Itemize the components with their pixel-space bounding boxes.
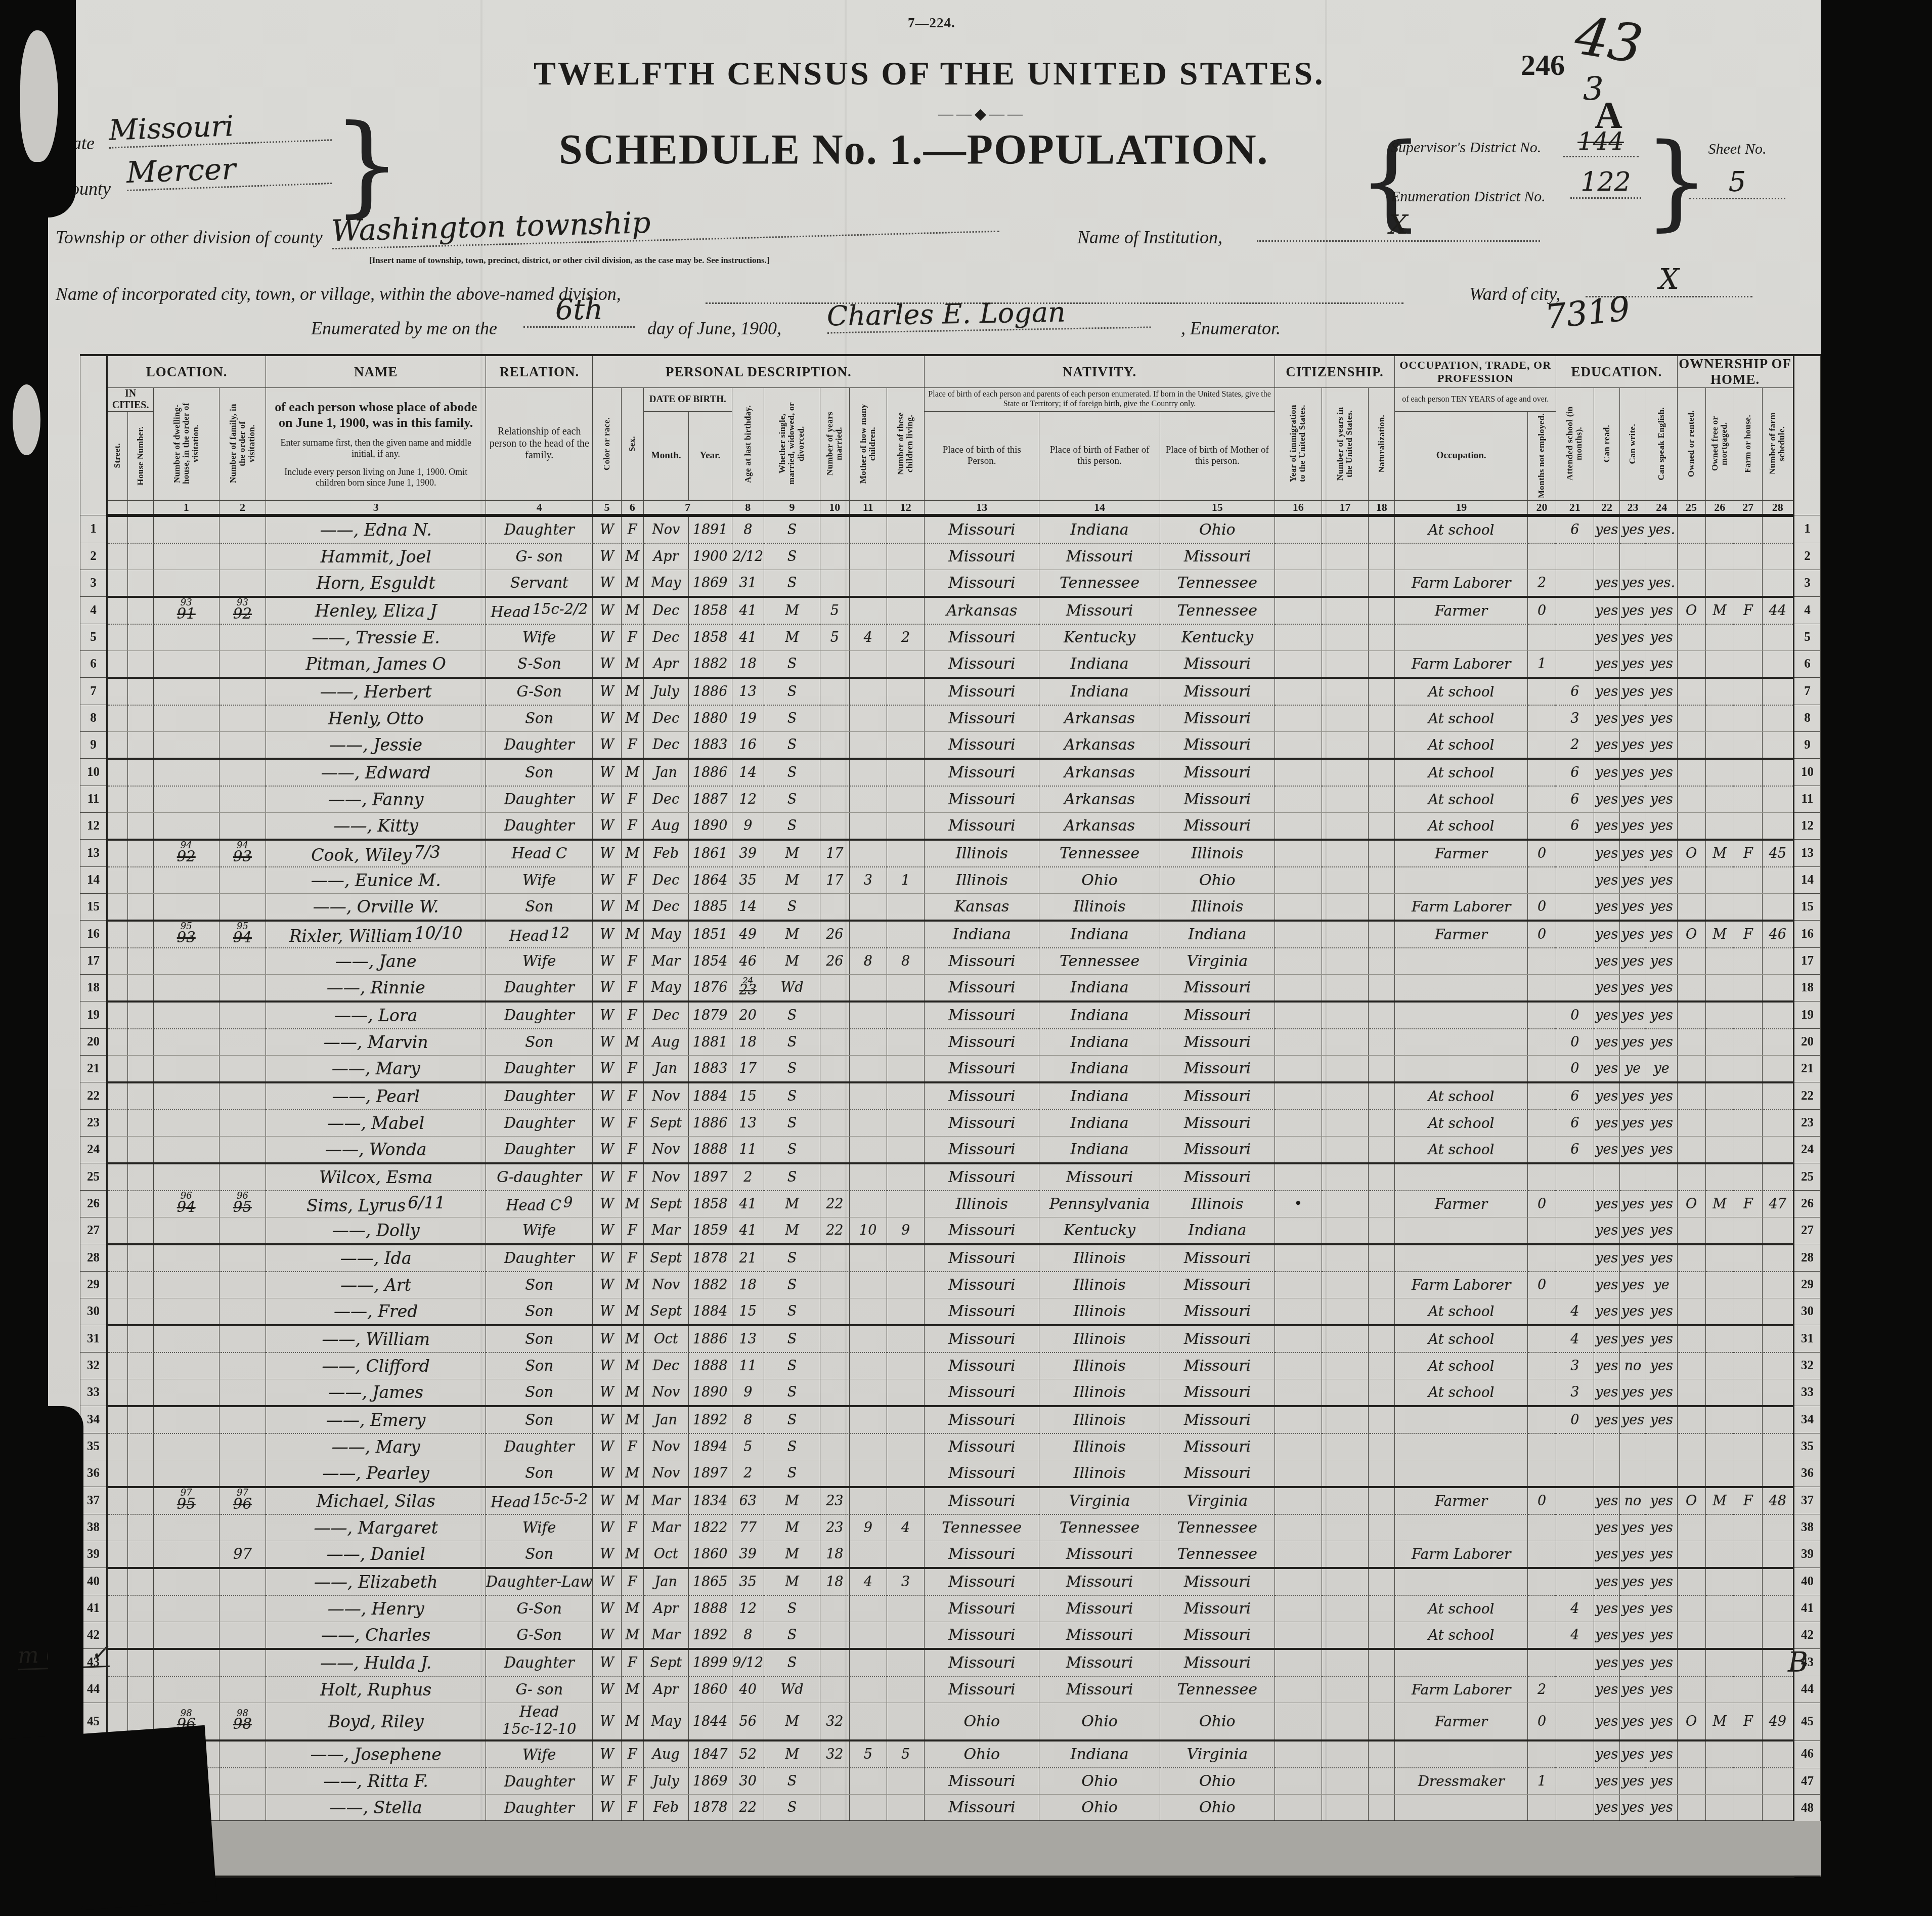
cell-months-not-employed bbox=[1528, 1595, 1556, 1622]
cell-dwelling-number bbox=[153, 705, 219, 732]
cell-marital-status: S bbox=[764, 678, 820, 705]
cell-speak-english: yes bbox=[1646, 1595, 1677, 1622]
cell-birth-month: Apr bbox=[643, 543, 688, 570]
cell-farm-house bbox=[1734, 786, 1762, 813]
cell-farm-schedule bbox=[1762, 1082, 1793, 1110]
cell-months-not-employed: 2 bbox=[1528, 570, 1556, 597]
cell-age: 77 bbox=[732, 1514, 764, 1541]
cell-naturalization bbox=[1369, 1740, 1395, 1768]
cell-name: Sims, Lyrus 6/11 bbox=[266, 1191, 486, 1217]
cell-free-mortgaged bbox=[1705, 1514, 1734, 1541]
cell-attended-school bbox=[1556, 1568, 1594, 1595]
person-row-8: 8Henly, OttoSonWMDec188019SMissouriArkan… bbox=[80, 705, 1821, 732]
cell-birth-month: Sept bbox=[643, 1649, 688, 1676]
cell-naturalization bbox=[1369, 948, 1395, 975]
cell-birth-month: Nov bbox=[643, 1272, 688, 1298]
cell-birth-month: Dec bbox=[643, 731, 688, 759]
col-house-number-header: House Number. bbox=[127, 412, 153, 500]
cell-name: ——, Charles bbox=[266, 1622, 486, 1649]
cell-free-mortgaged bbox=[1705, 1460, 1734, 1487]
person-row-34: 34——, EmerySonWMJan18928SMissouriIllinoi… bbox=[80, 1406, 1821, 1433]
cell-pob-father: Kentucky bbox=[1039, 1217, 1160, 1244]
cell-farm-schedule bbox=[1762, 705, 1793, 732]
cell-pob-person: Illinois bbox=[925, 1191, 1039, 1217]
cell-can-read: yes bbox=[1594, 1325, 1620, 1353]
cell-street bbox=[107, 948, 128, 975]
cell-immigration-year bbox=[1275, 893, 1322, 921]
cell-family-number bbox=[219, 1217, 266, 1244]
cell-house-number bbox=[127, 1163, 153, 1191]
cell-pob-father: Arkansas bbox=[1039, 759, 1160, 786]
cell-months-not-employed: 0 bbox=[1528, 840, 1556, 867]
column-number: 24 bbox=[1646, 500, 1677, 515]
cell-color: W bbox=[593, 921, 621, 948]
cell-years-in-us bbox=[1322, 1244, 1369, 1272]
cell-can-read: yes bbox=[1594, 1514, 1620, 1541]
cell-street bbox=[107, 1487, 128, 1514]
cell-immigration-year bbox=[1275, 1325, 1322, 1353]
cell-years-in-us bbox=[1322, 1029, 1369, 1056]
column-number: 15 bbox=[1160, 500, 1275, 515]
cell-house-number bbox=[127, 921, 153, 948]
cell-can-read bbox=[1594, 1460, 1620, 1487]
cell-children-living bbox=[887, 543, 924, 570]
cell-birth-year: 1884 bbox=[688, 1082, 732, 1110]
cell-occupation: Farmer bbox=[1395, 840, 1528, 867]
cell-street bbox=[107, 1325, 128, 1353]
cell-speak-english: yes bbox=[1646, 759, 1677, 786]
cell-free-mortgaged bbox=[1705, 948, 1734, 975]
cell-can-write: yes bbox=[1620, 597, 1646, 624]
person-row-42: 42——, CharlesG-SonWMMar18928SMissouriMis… bbox=[80, 1622, 1821, 1649]
cell-dwelling-number bbox=[153, 1110, 219, 1137]
cell-farm-schedule bbox=[1762, 1740, 1793, 1768]
county-value: Mercer bbox=[126, 148, 332, 191]
cell-pob-father: Missouri bbox=[1039, 597, 1160, 624]
cell-years-in-us bbox=[1322, 1217, 1369, 1244]
cell-occupation bbox=[1395, 1649, 1528, 1676]
cell-pob-mother: Missouri bbox=[1160, 1136, 1275, 1163]
cell-pob-mother: Missouri bbox=[1160, 1460, 1275, 1487]
cell-marital-status: S bbox=[764, 1244, 820, 1272]
cell-can-write bbox=[1620, 1163, 1646, 1191]
cell-pob-person: Missouri bbox=[925, 570, 1039, 597]
cell-pob-person: Missouri bbox=[925, 650, 1039, 678]
cell-naturalization bbox=[1369, 1298, 1395, 1325]
person-row-22: 22——, PearlDaughterWFNov188415SMissouriI… bbox=[80, 1082, 1821, 1110]
cell-children-living bbox=[887, 1055, 924, 1082]
cell-years-married bbox=[820, 1082, 849, 1110]
cell-years-in-us bbox=[1322, 650, 1369, 678]
cell-name: ——, Jane bbox=[266, 948, 486, 975]
cell-naturalization bbox=[1369, 624, 1395, 651]
cell-speak-english bbox=[1646, 1460, 1677, 1487]
cell-years-in-us bbox=[1322, 731, 1369, 759]
cell-attended-school bbox=[1556, 867, 1594, 894]
cell-naturalization bbox=[1369, 1703, 1395, 1740]
cell-pob-mother: Ohio bbox=[1160, 1795, 1275, 1822]
row-number-right: 5 bbox=[1793, 624, 1820, 651]
cell-family-number bbox=[219, 867, 266, 894]
column-number: 17 bbox=[1322, 500, 1369, 515]
cell-years-married bbox=[820, 1433, 849, 1460]
cell-dwelling-number bbox=[153, 1325, 219, 1353]
cell-dwelling-number: 9492 bbox=[153, 840, 219, 867]
cell-relation: G- son bbox=[486, 543, 593, 570]
cell-naturalization bbox=[1369, 1244, 1395, 1272]
cell-relation: Daughter bbox=[486, 974, 593, 1001]
cell-family-number bbox=[219, 1136, 266, 1163]
cell-birth-month: Nov bbox=[643, 1460, 688, 1487]
cell-farm-house bbox=[1734, 1622, 1762, 1649]
cell-birth-month: May bbox=[643, 974, 688, 1001]
row-number-right: 39 bbox=[1793, 1541, 1820, 1568]
cell-house-number bbox=[127, 1191, 153, 1217]
cell-immigration-year bbox=[1275, 1272, 1322, 1298]
cell-pob-mother: Indiana bbox=[1160, 1217, 1275, 1244]
row-number-right: 3 bbox=[1793, 570, 1820, 597]
cell-pob-mother: Indiana bbox=[1160, 921, 1275, 948]
cell-marital-status: M bbox=[764, 1514, 820, 1541]
cell-months-not-employed bbox=[1528, 1244, 1556, 1272]
cell-months-not-employed bbox=[1528, 1406, 1556, 1433]
cell-owned-rented bbox=[1677, 1272, 1705, 1298]
cell-can-read: yes bbox=[1594, 1082, 1620, 1110]
cell-years-married: 18 bbox=[820, 1568, 849, 1595]
person-row-15: 15——, Orville W.SonWMDec188514SKansasIll… bbox=[80, 893, 1821, 921]
cell-occupation bbox=[1395, 1740, 1528, 1768]
cell-free-mortgaged bbox=[1705, 893, 1734, 921]
cell-pob-person: Missouri bbox=[925, 1082, 1039, 1110]
cell-pob-father: Ohio bbox=[1039, 1768, 1160, 1795]
cell-years-in-us bbox=[1322, 1191, 1369, 1217]
cell-pob-mother: Ohio bbox=[1160, 867, 1275, 894]
cell-family-number bbox=[219, 1740, 266, 1768]
cell-age: 8 bbox=[732, 1406, 764, 1433]
cell-pob-person: Missouri bbox=[925, 1353, 1039, 1379]
cell-immigration-year bbox=[1275, 515, 1322, 543]
township-note: [Insert name of township, town, precinct… bbox=[369, 255, 769, 266]
cell-owned-rented: O bbox=[1677, 921, 1705, 948]
cell-birth-year: 1834 bbox=[688, 1487, 732, 1514]
cell-pob-father: Missouri bbox=[1039, 543, 1160, 570]
cell-mother-of: 4 bbox=[849, 624, 887, 651]
cell-speak-english: yes bbox=[1646, 1082, 1677, 1110]
cell-color: W bbox=[593, 543, 621, 570]
row-number-right: 18 bbox=[1793, 974, 1820, 1001]
cell-birth-year: 1847 bbox=[688, 1740, 732, 1768]
cell-pob-person: Missouri bbox=[925, 1406, 1039, 1433]
cell-can-read: yes bbox=[1594, 515, 1620, 543]
row-number-right: 28 bbox=[1793, 1244, 1820, 1272]
cell-free-mortgaged bbox=[1705, 650, 1734, 678]
cell-mother-of bbox=[849, 1244, 887, 1272]
cell-occupation bbox=[1395, 624, 1528, 651]
cell-can-read: yes bbox=[1594, 1649, 1620, 1676]
cell-family-number: 9594 bbox=[219, 921, 266, 948]
cell-relation: Son bbox=[486, 1325, 593, 1353]
cell-pob-father: Missouri bbox=[1039, 1595, 1160, 1622]
cell-owned-rented bbox=[1677, 759, 1705, 786]
cell-occupation: Farmer bbox=[1395, 1487, 1528, 1514]
cell-attended-school: 6 bbox=[1556, 1082, 1594, 1110]
cell-relation: Son bbox=[486, 1406, 593, 1433]
cell-mother-of bbox=[849, 1768, 887, 1795]
cell-can-read: yes bbox=[1594, 1001, 1620, 1029]
institution-label: Name of Institution, bbox=[1077, 227, 1222, 248]
schedule-title: SCHEDULE No. 1.—POPULATION. bbox=[559, 125, 1269, 175]
cell-attended-school: 4 bbox=[1556, 1325, 1594, 1353]
cell-children-living bbox=[887, 1460, 924, 1487]
cell-attended-school: 0 bbox=[1556, 1001, 1594, 1029]
row-number-right: 41 bbox=[1793, 1595, 1820, 1622]
cell-street bbox=[107, 1110, 128, 1137]
col-month-header: Month. bbox=[643, 412, 688, 500]
cell-name: ——, Stella bbox=[266, 1795, 486, 1822]
col-color-header: Color or race. bbox=[593, 388, 621, 500]
cell-pob-mother: Missouri bbox=[1160, 650, 1275, 678]
cell-immigration-year bbox=[1275, 1001, 1322, 1029]
cell-family-number bbox=[219, 543, 266, 570]
cell-name: ——, Fred bbox=[266, 1298, 486, 1325]
cell-years-married: 26 bbox=[820, 948, 849, 975]
cell-owned-rented bbox=[1677, 543, 1705, 570]
cell-attended-school: 6 bbox=[1556, 786, 1594, 813]
cell-farm-house bbox=[1734, 867, 1762, 894]
cell-can-read bbox=[1594, 543, 1620, 570]
cell-farm-house bbox=[1734, 1676, 1762, 1703]
cell-marital-status: S bbox=[764, 1029, 820, 1056]
row-number-right: 29 bbox=[1793, 1272, 1820, 1298]
cell-dwelling-number bbox=[153, 1514, 219, 1541]
cell-age: 2 bbox=[732, 1163, 764, 1191]
cell-years-married: 23 bbox=[820, 1487, 849, 1514]
cell-age: 2423 bbox=[732, 974, 764, 1001]
cell-months-not-employed bbox=[1528, 1541, 1556, 1568]
cell-can-write: yes bbox=[1620, 1082, 1646, 1110]
cell-months-not-employed bbox=[1528, 1795, 1556, 1822]
cell-owned-rented bbox=[1677, 1082, 1705, 1110]
cell-owned-rented bbox=[1677, 893, 1705, 921]
cell-years-married: 22 bbox=[820, 1217, 849, 1244]
cell-years-in-us bbox=[1322, 1272, 1369, 1298]
cell-speak-english: yes bbox=[1646, 1795, 1677, 1822]
cell-color: W bbox=[593, 840, 621, 867]
cell-years-in-us bbox=[1322, 678, 1369, 705]
cell-house-number bbox=[127, 515, 153, 543]
cell-farm-house bbox=[1734, 543, 1762, 570]
cell-children-living bbox=[887, 515, 924, 543]
cell-dwelling-number bbox=[153, 1595, 219, 1622]
cell-color: W bbox=[593, 1191, 621, 1217]
cell-pob-mother: Missouri bbox=[1160, 1595, 1275, 1622]
cell-street bbox=[107, 1622, 128, 1649]
cell-owned-rented bbox=[1677, 1568, 1705, 1595]
cell-speak-english: yes bbox=[1646, 1768, 1677, 1795]
cell-street bbox=[107, 867, 128, 894]
form-number: 7—224. bbox=[908, 15, 955, 31]
cell-speak-english: yes bbox=[1646, 786, 1677, 813]
cell-house-number bbox=[127, 1055, 153, 1082]
cell-birth-year: 1880 bbox=[688, 705, 732, 732]
row-number-left: 7 bbox=[80, 678, 107, 705]
cell-years-married bbox=[820, 1001, 849, 1029]
cell-birth-year: 1883 bbox=[688, 1055, 732, 1082]
cell-birth-month: Jan bbox=[643, 1406, 688, 1433]
cell-owned-rented bbox=[1677, 1055, 1705, 1082]
cell-street bbox=[107, 731, 128, 759]
cell-sex: M bbox=[621, 1406, 643, 1433]
cell-occupation: At school bbox=[1395, 1595, 1528, 1622]
cell-relation: Daughter bbox=[486, 812, 593, 840]
occupation-group: OCCUPATION, TRADE, OR PROFESSION bbox=[1395, 355, 1556, 388]
cell-months-not-employed bbox=[1528, 1110, 1556, 1137]
cell-age: 9 bbox=[732, 812, 764, 840]
cell-family-number bbox=[219, 1082, 266, 1110]
cell-color: W bbox=[593, 1272, 621, 1298]
cell-birth-month: Nov bbox=[643, 1163, 688, 1191]
col-dwelling-number-header: Number of dwelling-house, in the order o… bbox=[153, 388, 219, 500]
cell-marital-status: S bbox=[764, 1768, 820, 1795]
cell-house-number bbox=[127, 650, 153, 678]
cell-color: W bbox=[593, 786, 621, 813]
cell-occupation: Dressmaker bbox=[1395, 1768, 1528, 1795]
cell-can-read bbox=[1594, 1163, 1620, 1191]
cell-can-read: yes bbox=[1594, 1272, 1620, 1298]
cell-can-read: yes bbox=[1594, 1055, 1620, 1082]
column-number: 25 bbox=[1677, 500, 1705, 515]
nativity-group: NATIVITY. bbox=[925, 355, 1275, 388]
column-number: 23 bbox=[1620, 500, 1646, 515]
cell-owned-rented bbox=[1677, 515, 1705, 543]
cell-street bbox=[107, 1082, 128, 1110]
cell-occupation bbox=[1395, 1163, 1528, 1191]
cell-months-not-employed: 0 bbox=[1528, 1191, 1556, 1217]
cell-name: ——, Tressie E. bbox=[266, 624, 486, 651]
cell-birth-year: 1888 bbox=[688, 1136, 732, 1163]
cell-marital-status: M bbox=[764, 948, 820, 975]
cell-farm-house bbox=[1734, 678, 1762, 705]
cell-birth-year: 1900 bbox=[688, 543, 732, 570]
cell-sex: M bbox=[621, 1487, 643, 1514]
cell-mother-of bbox=[849, 974, 887, 1001]
person-row-21: 21——, MaryDaughterWFJan188317SMissouriIn… bbox=[80, 1055, 1821, 1082]
cell-owned-rented bbox=[1677, 1136, 1705, 1163]
cell-farm-house: F bbox=[1734, 1703, 1762, 1740]
cell-free-mortgaged: M bbox=[1705, 1191, 1734, 1217]
cell-free-mortgaged: M bbox=[1705, 840, 1734, 867]
row-number-left: 35 bbox=[80, 1433, 107, 1460]
cell-birth-month: Aug bbox=[643, 1029, 688, 1056]
cell-family-number bbox=[219, 1676, 266, 1703]
cell-months-not-employed bbox=[1528, 1298, 1556, 1325]
row-number-left: 5 bbox=[80, 624, 107, 651]
cell-can-read: yes bbox=[1594, 893, 1620, 921]
cell-color: W bbox=[593, 812, 621, 840]
person-row-11: 11——, FannyDaughterWFDec188712SMissouriA… bbox=[80, 786, 1821, 813]
cell-age: 41 bbox=[732, 1217, 764, 1244]
cell-farm-schedule bbox=[1762, 974, 1793, 1001]
cell-pob-mother: Missouri bbox=[1160, 1029, 1275, 1056]
cell-marital-status: S bbox=[764, 1272, 820, 1298]
cell-occupation bbox=[1395, 1001, 1528, 1029]
cell-pob-mother: Missouri bbox=[1160, 759, 1275, 786]
cell-mother-of bbox=[849, 543, 887, 570]
cell-sex: F bbox=[621, 1055, 643, 1082]
row-number-right: 8 bbox=[1793, 705, 1820, 732]
cell-house-number bbox=[127, 1487, 153, 1514]
cell-farm-house bbox=[1734, 731, 1762, 759]
cell-farm-house: F bbox=[1734, 921, 1762, 948]
row-number-right: 4 bbox=[1793, 597, 1820, 624]
cell-naturalization bbox=[1369, 840, 1395, 867]
cell-street bbox=[107, 786, 128, 813]
cell-speak-english: yes bbox=[1646, 921, 1677, 948]
cell-attended-school bbox=[1556, 974, 1594, 1001]
citizenship-group: CITIZENSHIP. bbox=[1275, 355, 1395, 388]
cell-owned-rented bbox=[1677, 948, 1705, 975]
cell-can-write: yes bbox=[1620, 1622, 1646, 1649]
cell-farm-schedule: 44 bbox=[1762, 597, 1793, 624]
stamp-number: 7319 bbox=[1543, 289, 1632, 336]
cell-can-read: yes bbox=[1594, 1379, 1620, 1406]
cell-owned-rented bbox=[1677, 1649, 1705, 1676]
row-number-right: 44 bbox=[1793, 1676, 1820, 1703]
cell-occupation: Farmer bbox=[1395, 1191, 1528, 1217]
cell-speak-english: ye bbox=[1646, 1272, 1677, 1298]
cell-age: 13 bbox=[732, 1325, 764, 1353]
cell-attended-school: 6 bbox=[1556, 1136, 1594, 1163]
page-number-handwritten: 43 bbox=[1571, 4, 1647, 75]
cell-pob-father: Arkansas bbox=[1039, 812, 1160, 840]
column-number: 20 bbox=[1528, 500, 1556, 515]
cell-years-married bbox=[820, 786, 849, 813]
cell-farm-house bbox=[1734, 1768, 1762, 1795]
cell-naturalization bbox=[1369, 1460, 1395, 1487]
cell-pob-father: Indiana bbox=[1039, 678, 1160, 705]
cell-years-in-us bbox=[1322, 597, 1369, 624]
cell-street bbox=[107, 1353, 128, 1379]
cell-free-mortgaged bbox=[1705, 867, 1734, 894]
cell-age: 18 bbox=[732, 1029, 764, 1056]
cell-marital-status: S bbox=[764, 1406, 820, 1433]
cell-relation: Daughter bbox=[486, 786, 593, 813]
cell-dwelling-number bbox=[153, 1406, 219, 1433]
row-number-right: 48 bbox=[1793, 1795, 1820, 1822]
cell-speak-english: yes bbox=[1646, 1001, 1677, 1029]
cell-can-read: yes bbox=[1594, 948, 1620, 975]
cell-age: 31 bbox=[732, 570, 764, 597]
cell-years-married bbox=[820, 1768, 849, 1795]
row-number-right: 26 bbox=[1793, 1191, 1820, 1217]
cell-relation: Wife bbox=[486, 1514, 593, 1541]
cell-pob-person: Missouri bbox=[925, 543, 1039, 570]
cell-children-living: 2 bbox=[887, 624, 924, 651]
cell-age: 16 bbox=[732, 731, 764, 759]
column-number: 18 bbox=[1369, 500, 1395, 515]
cell-birth-month: Dec bbox=[643, 624, 688, 651]
cell-speak-english: yes bbox=[1646, 1676, 1677, 1703]
cell-can-read: yes bbox=[1594, 678, 1620, 705]
cell-can-read: yes bbox=[1594, 1298, 1620, 1325]
cell-age: 11 bbox=[732, 1136, 764, 1163]
col-free-mortgaged-header: Owned free or mortgaged. bbox=[1705, 388, 1734, 500]
cell-farm-house: F bbox=[1734, 597, 1762, 624]
cell-speak-english: yes bbox=[1646, 1514, 1677, 1541]
cell-relation: Daughter bbox=[486, 1110, 593, 1137]
cell-farm-schedule bbox=[1762, 1514, 1793, 1541]
cell-farm-schedule bbox=[1762, 1595, 1793, 1622]
